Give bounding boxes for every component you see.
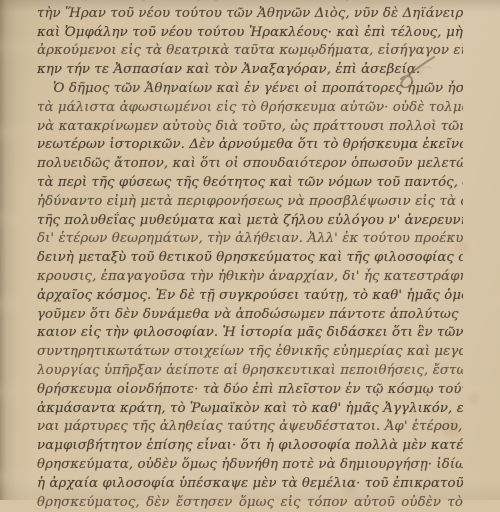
text-line: θρησκεύματα, οὐδὲν ὅμως ἠδυνήθη ποτὲ νὰ … [37,456,463,475]
text-line: πολυειδῶς ἄτοπον, καὶ ὅτι οἱ σπουδαιότερ… [37,155,463,174]
text-line: ἡ ἀρχαία φιλοσοφία ὑπέσκαψε μὲν τὰ θεμέλ… [37,475,463,494]
text-line: τὰ περὶ τῆς φύσεως τῆς θεότητος καὶ τῶν … [37,174,463,193]
text-line: ἀκμάσαντα κράτη, τὸ Ῥωμαϊκὸν καὶ τὸ καθ'… [37,400,463,419]
text-line: δεινὴ μεταξὺ τοῦ θετικοῦ θρησκεύματος κα… [37,249,463,268]
text-line: καὶ Ὀμφάλην τοῦ νέου τούτου Ἡρακλέους· κ… [37,24,463,43]
text-line: νὰ κατακρίνωμεν αὐτοὺς διὰ τοῦτο, ὡς πρά… [37,118,463,137]
handwritten-mark [392,54,440,88]
text-line: γοῦμεν ὅτι δὲν δυνάμεθα νὰ ἀποδώσωμεν πά… [37,306,463,325]
text-line: λουργίας ὑπῆρξαν ἀείποτε αἱ θρησκευτικαὶ… [37,362,463,381]
text-line: θρήσκευμα οἱονδήποτε· τὰ δύο ἐπὶ πλεῖστο… [37,381,463,400]
text-line: κρουσις, ἐπαγαγοῦσα τὴν ἠθικὴν ἀναρχίαν,… [37,268,463,287]
text-line: συντηρητικωτάτων στοιχείων τῆς ἐθνικῆς ε… [37,343,463,362]
text-line: ἠδύναντο εἰμὴ μετὰ περιφρονήσεως νὰ προσ… [37,193,463,212]
text-line: ναμφισβήτητον ἐπίσης εἶναι· ὅτι ἡ φιλοσο… [37,437,463,456]
text-line: καιον εἰς τὴν φιλοσοφίαν. Ἡ ἱστορία μᾶς … [37,324,463,343]
text-line: τὰ μάλιστα ἀφωσιωμένοι εἰς τὸ θρήσκευμα … [37,99,463,118]
text-line: τὴν Ἥραν τοῦ νέου τούτου τῶν Ἀθηνῶν Διὸς… [37,5,463,24]
text-line: θρησκεύματος, δὲν ἔστησεν ὅμως εἰς τόπον… [37,494,463,500]
text-line: δι' ἑτέρων θεωρημάτων, τὴν ἀλήθειαν. Ἀλλ… [37,230,463,249]
text-line: ναι μάρτυρες τῆς ἀληθείας ταύτης ἀψευδέσ… [37,418,463,437]
scanned-page: τοῦ Περικλέους· καὶ τὴν μὲν Ἀσπασίαν ὠνό… [0,0,500,500]
text-line: νεωτέρων ἱστορικῶν. Δὲν ἀρνούμεθα ὅτι τὸ… [37,136,463,155]
text-line: τῆς πολυθεΐας μυθεύματα καὶ μετὰ ζήλου ε… [37,212,463,231]
text-line: ἀρχαῖος κόσμος. Ἐν δὲ τῇ συγκρούσει ταύτ… [37,287,463,306]
